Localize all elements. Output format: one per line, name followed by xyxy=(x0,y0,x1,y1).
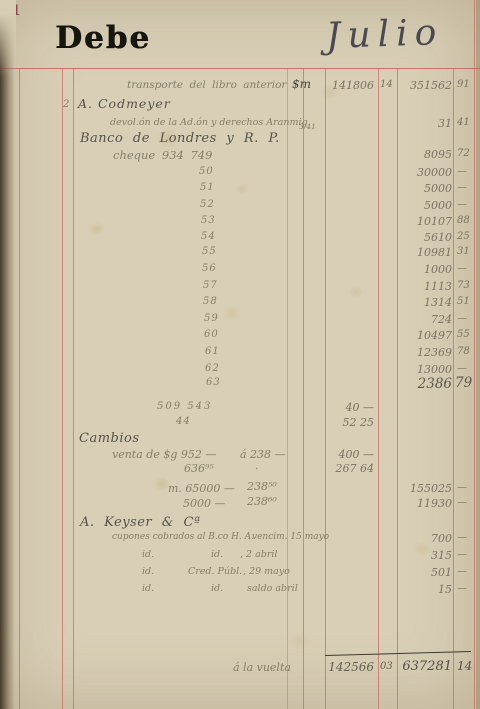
cheque-number: 509 543 xyxy=(157,401,212,412)
codmeyer-amount: 31 xyxy=(394,117,452,130)
keyser-detail: id. xyxy=(142,566,154,577)
cheque-number: 63 xyxy=(206,377,221,388)
cheque-amount: 8095 xyxy=(394,148,452,161)
keyser-detail: id. xyxy=(142,583,154,594)
cheque-amount: 13000 xyxy=(394,363,452,376)
ledger-page: 1 Debe Julio transporte del libro anteri… xyxy=(0,0,480,709)
cheque-cents: — xyxy=(457,199,467,210)
currency-mark: $m xyxy=(292,77,311,91)
keyser-detail-date: , 29 mayo xyxy=(243,566,290,577)
keyser-detail-date: saldo abril xyxy=(247,583,298,594)
cambios-label: 636⁹⁵ xyxy=(184,462,214,475)
binding-top-fade xyxy=(0,0,16,78)
cambios-rate: · xyxy=(255,462,259,475)
opening-amount-right: 351562 xyxy=(394,79,452,92)
cheque-cents: 25 xyxy=(457,231,470,242)
folio-column-rule-left xyxy=(287,68,288,709)
cheque-amount: 2386 xyxy=(394,376,452,392)
date-column-rule-left xyxy=(62,68,63,709)
keyser-amount: 315 xyxy=(394,549,452,562)
keyser-detail: id. xyxy=(142,549,154,560)
cheque-number: 62 xyxy=(205,363,220,374)
keyser-amount: 15 xyxy=(394,583,452,596)
cambios-label: 5000 — xyxy=(183,497,226,510)
cheque-amount: 1113 xyxy=(394,280,452,293)
carry-forward-label: á la vuelta xyxy=(233,661,291,674)
cheque-number: 44 xyxy=(176,416,191,427)
header-rule xyxy=(0,68,480,69)
cheque-cents: 79 xyxy=(455,375,472,391)
cheque-number: 55 xyxy=(202,246,217,257)
cheque-cents: 72 xyxy=(457,148,470,159)
codmeyer-cents: 41 xyxy=(457,117,470,128)
cambios-cents: — xyxy=(457,497,467,508)
cambios-cents: — xyxy=(457,482,467,493)
cambios-label: venta de $g 952 — xyxy=(112,448,216,461)
cambios-amount: 11930 xyxy=(394,497,452,510)
cheque-amount: 10107 xyxy=(394,215,452,228)
amount2-cents-rule xyxy=(453,68,454,709)
section-header-cambios: Cambios xyxy=(79,431,140,446)
cheque-cents: 73 xyxy=(457,280,470,291)
page-right-edge xyxy=(476,0,480,709)
cheque-amount: 5000 xyxy=(394,199,452,212)
cheque-cents: — xyxy=(457,363,467,374)
cambios-label: m. 65000 — xyxy=(168,482,235,495)
keyser-amount: 700 xyxy=(394,532,452,545)
amount1-column-rule xyxy=(325,68,326,709)
entry-day: 2 xyxy=(63,99,69,110)
page-edge-rule xyxy=(474,0,475,709)
keyser-cents: — xyxy=(457,549,467,560)
keyser-cents: — xyxy=(457,566,467,577)
margin-rule xyxy=(19,68,20,709)
month-title: Julio xyxy=(325,12,444,57)
cheque-cents: 88 xyxy=(457,215,470,226)
keyser-detail: id. xyxy=(211,549,223,560)
cheque-amount: 10981 xyxy=(394,246,452,259)
date-column-rule-right xyxy=(73,68,74,709)
cheque-number: 50 xyxy=(199,166,214,177)
cheque-number: 51 xyxy=(200,182,215,193)
cheque-amount: 724 xyxy=(394,313,452,326)
account-name-keyser: A. Keyser & Cª xyxy=(80,515,201,530)
cheque-amount: 52 25 xyxy=(322,416,374,429)
keyser-detail: cupones cobrados al B.co H. A. xyxy=(112,532,254,542)
cheque-label: cheque 934 749 xyxy=(113,148,212,162)
keyser-amount: 501 xyxy=(394,566,452,579)
cheque-amount: 5000 xyxy=(394,182,452,195)
opening-description: transporte del libro anterior xyxy=(127,79,286,91)
total-amount-right: 637281 xyxy=(394,659,452,674)
opening-cents-left: 14 xyxy=(380,79,393,90)
cheque-amount: 1314 xyxy=(394,296,452,309)
cheque-number: 61 xyxy=(205,346,220,357)
amount1-cents-rule xyxy=(378,68,379,709)
cheque-cents: — xyxy=(457,313,467,324)
cambios-rate: á 238 — xyxy=(240,448,286,461)
cheque-cents: — xyxy=(457,182,467,193)
cheque-cents: 55 xyxy=(457,329,470,340)
cheque-cents: 31 xyxy=(457,246,470,257)
total-cents-left: 03 xyxy=(380,661,393,672)
cheque-amount: 5610 xyxy=(394,231,452,244)
cheque-amount: 40 — xyxy=(322,401,374,414)
cheque-amount: 30000 xyxy=(394,166,452,179)
cambios-rate: 238⁵⁰ xyxy=(247,480,277,493)
cheque-number: 57 xyxy=(203,280,218,291)
total-amount-left: 142566 xyxy=(322,660,374,674)
keyser-detail-date: , 2 abril xyxy=(240,549,277,560)
cheque-cents: — xyxy=(457,263,467,274)
cheque-number: 60 xyxy=(204,329,219,340)
total-rule xyxy=(325,651,471,656)
cheque-amount: 12369 xyxy=(394,346,452,359)
codmeyer-detail: devol.ón de la Ad.ón y derechos Aranmig xyxy=(110,117,308,128)
opening-amount-left: 141806 xyxy=(322,79,374,92)
account-name-banco: Banco de Londres y R. P. xyxy=(80,131,280,146)
cheque-number: 56 xyxy=(202,263,217,274)
cheque-number: 59 xyxy=(204,313,219,324)
keyser-cents: — xyxy=(457,532,467,543)
cheque-cents: 51 xyxy=(457,296,470,307)
opening-cents-right: 91 xyxy=(457,79,470,90)
keyser-detail: id. xyxy=(211,583,223,594)
cambios-amount: 267 64 xyxy=(322,462,374,475)
cheque-amount: 1000 xyxy=(394,263,452,276)
cambios-rate: 238⁶⁰ xyxy=(247,495,277,508)
folio-column-rule-right xyxy=(303,68,304,709)
keyser-detail: Cred. Públ. xyxy=(188,566,242,577)
keyser-cents: — xyxy=(457,583,467,594)
debit-title: Debe xyxy=(55,20,151,56)
cheque-cents: — xyxy=(457,166,467,177)
cheque-number: 52 xyxy=(200,199,215,210)
account-name-codmeyer: A. Codmeyer xyxy=(78,96,171,111)
cheque-number: 53 xyxy=(201,215,216,226)
cheque-number: 54 xyxy=(201,231,216,242)
book-binding-edge xyxy=(0,0,15,709)
total-cents-right: 14 xyxy=(457,659,472,673)
cheque-number: 58 xyxy=(203,296,218,307)
cheque-amount: 10497 xyxy=(394,329,452,342)
keyser-detail-date: vencim. 15 mayo xyxy=(252,532,329,542)
codmeyer-detail-note: 3/41 xyxy=(299,122,316,131)
cheque-cents: 78 xyxy=(457,346,470,357)
cambios-amount: 155025 xyxy=(394,482,452,495)
cambios-amount: 400 — xyxy=(322,448,374,461)
